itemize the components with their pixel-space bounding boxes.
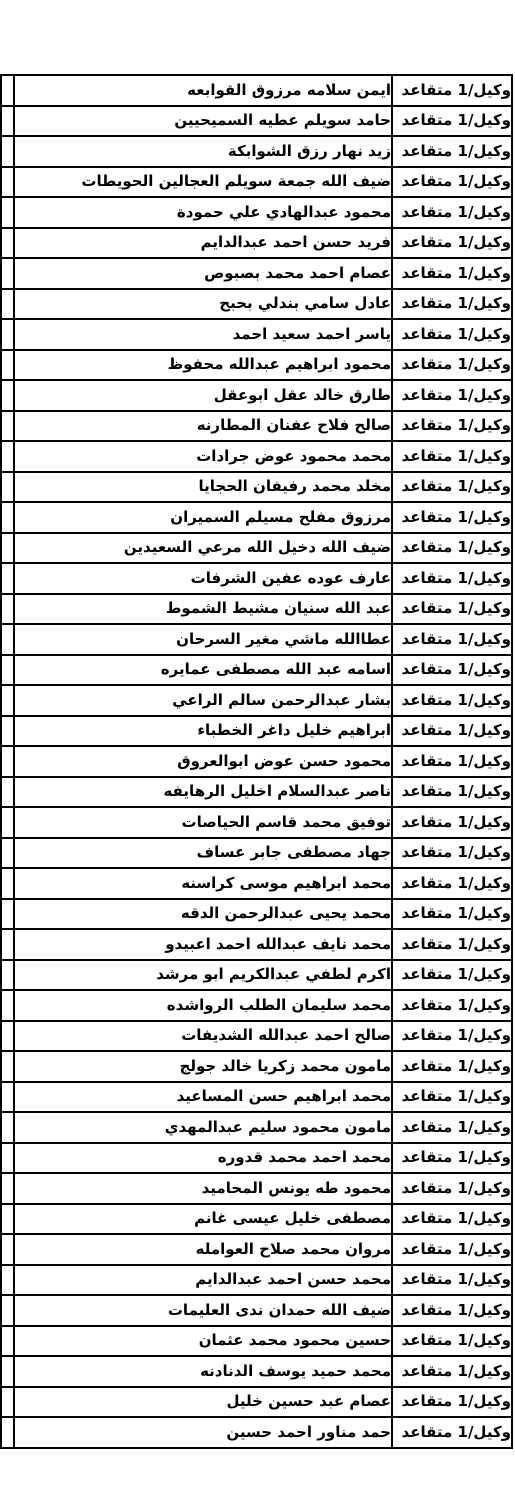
table-row: عادل سامي بندلي بحبح وكيل/1 متقاعد	[1, 289, 512, 320]
row-edge-cell	[1, 899, 14, 930]
row-edge-cell	[1, 563, 14, 594]
row-edge-cell	[1, 1204, 14, 1235]
rank-status-cell: وكيل/1 متقاعد	[392, 75, 512, 106]
rank-status-cell: وكيل/1 متقاعد	[392, 1387, 512, 1418]
rank-status-cell: وكيل/1 متقاعد	[392, 746, 512, 777]
table-row: محمود عبدالهادي علي حمودة وكيل/1 متقاعد	[1, 197, 512, 228]
row-edge-cell	[1, 1051, 14, 1082]
row-edge-cell	[1, 197, 14, 228]
table-row: ابراهيم خليل داغر الخطباء وكيل/1 متقاعد	[1, 716, 512, 747]
table-row: مامون محمود سليم عبدالمهدي وكيل/1 متقاعد	[1, 1112, 512, 1143]
retiree-name-cell: ضيف الله جمعة سويلم العجالين الحويطات	[14, 167, 392, 198]
retiree-name-cell: حامد سويلم عطيه السميحيين	[14, 106, 392, 137]
retiree-name-cell: محمد ابراهيم موسى كراسنه	[14, 868, 392, 899]
table-row: ضيف الله دخيل الله مرعي السعيدين وكيل/1 …	[1, 533, 512, 564]
retiree-name-cell: ياسر احمد سعيد احمد	[14, 319, 392, 350]
retiree-name-cell: محمد احمد محمد قدوره	[14, 1143, 392, 1174]
rank-status-cell: وكيل/1 متقاعد	[392, 502, 512, 533]
retiree-name-cell: ضيف الله دخيل الله مرعي السعيدين	[14, 533, 392, 564]
table-row: مرزوق مفلح مسيلم السميران وكيل/1 متقاعد	[1, 502, 512, 533]
retiree-name-cell: محمد ابراهيم حسن المساعيد	[14, 1082, 392, 1113]
retiree-name-cell: محمد محمود عوض جرادات	[14, 441, 392, 472]
rank-status-cell: وكيل/1 متقاعد	[392, 655, 512, 686]
table-row: صالح احمد عبدالله الشديفات وكيل/1 متقاعد	[1, 1021, 512, 1052]
table-row: محمود حسن عوض ابوالعروق وكيل/1 متقاعد	[1, 746, 512, 777]
rank-status-cell: وكيل/1 متقاعد	[392, 197, 512, 228]
row-edge-cell	[1, 136, 14, 167]
rank-status-cell: وكيل/1 متقاعد	[392, 1417, 512, 1448]
retiree-name-cell: ابراهيم خليل داغر الخطباء	[14, 716, 392, 747]
row-edge-cell	[1, 502, 14, 533]
row-edge-cell	[1, 1234, 14, 1265]
table-body: ايمن سلامه مرزوق القوابعه وكيل/1 متقاعد …	[1, 75, 512, 1448]
rank-status-cell: وكيل/1 متقاعد	[392, 1021, 512, 1052]
table-row: صالح فلاح عفنان المطارنه وكيل/1 متقاعد	[1, 411, 512, 442]
retiree-name-cell: حسين محمود محمد عثمان	[14, 1326, 392, 1357]
table-row: مامون محمد زكريا خالد جولج وكيل/1 متقاعد	[1, 1051, 512, 1082]
table-row: اكرم لطفي عبدالكريم ابو مرشد وكيل/1 متقا…	[1, 960, 512, 991]
retiree-name-cell: محمد سليمان الطلب الرواشده	[14, 990, 392, 1021]
table-row: محمد محمود عوض جرادات وكيل/1 متقاعد	[1, 441, 512, 472]
rank-status-cell: وكيل/1 متقاعد	[392, 929, 512, 960]
table-row: محمد احمد محمد قدوره وكيل/1 متقاعد	[1, 1143, 512, 1174]
row-edge-cell	[1, 319, 14, 350]
row-edge-cell	[1, 1387, 14, 1418]
rank-status-cell: وكيل/1 متقاعد	[392, 1326, 512, 1357]
rank-status-cell: وكيل/1 متقاعد	[392, 624, 512, 655]
rank-status-cell: وكيل/1 متقاعد	[392, 1356, 512, 1387]
retiree-name-cell: عصام احمد محمد بصبوص	[14, 258, 392, 289]
rank-status-cell: وكيل/1 متقاعد	[392, 106, 512, 137]
rank-status-cell: وكيل/1 متقاعد	[392, 1143, 512, 1174]
retiree-name-cell: ضيف الله حمدان ندى العليمات	[14, 1295, 392, 1326]
rank-status-cell: وكيل/1 متقاعد	[392, 441, 512, 472]
row-edge-cell	[1, 594, 14, 625]
row-edge-cell	[1, 685, 14, 716]
retiree-name-cell: محمود طه يونس المحاميد	[14, 1173, 392, 1204]
row-edge-cell	[1, 441, 14, 472]
retiree-name-cell: حمد مناور احمد حسين	[14, 1417, 392, 1448]
table-row: حمد مناور احمد حسين وكيل/1 متقاعد	[1, 1417, 512, 1448]
rank-status-cell: وكيل/1 متقاعد	[392, 258, 512, 289]
row-edge-cell	[1, 990, 14, 1021]
retiree-name-cell: عطاالله ماشي مغير السرحان	[14, 624, 392, 655]
row-edge-cell	[1, 106, 14, 137]
rank-status-cell: وكيل/1 متقاعد	[392, 594, 512, 625]
retiree-name-cell: محمود حسن عوض ابوالعروق	[14, 746, 392, 777]
retirees-table: ايمن سلامه مرزوق القوابعه وكيل/1 متقاعد …	[0, 74, 513, 1449]
table-row: مخلد محمد رفيفان الحجايا وكيل/1 متقاعد	[1, 472, 512, 503]
row-edge-cell	[1, 1173, 14, 1204]
row-edge-cell	[1, 472, 14, 503]
retiree-name-cell: مروان محمد صلاح العوامله	[14, 1234, 392, 1265]
rank-status-cell: وكيل/1 متقاعد	[392, 1082, 512, 1113]
rank-status-cell: وكيل/1 متقاعد	[392, 533, 512, 564]
retiree-name-cell: ايمن سلامه مرزوق القوابعه	[14, 75, 392, 106]
row-edge-cell	[1, 1021, 14, 1052]
row-edge-cell	[1, 1112, 14, 1143]
rank-status-cell: وكيل/1 متقاعد	[392, 167, 512, 198]
retiree-name-cell: محمد حسن احمد عبدالدايم	[14, 1265, 392, 1296]
retiree-name-cell: مامون محمود سليم عبدالمهدي	[14, 1112, 392, 1143]
row-edge-cell	[1, 228, 14, 259]
table-row: عصام عبد حسين خليل وكيل/1 متقاعد	[1, 1387, 512, 1418]
table-row: محمد حميد يوسف الدنادنه وكيل/1 متقاعد	[1, 1356, 512, 1387]
retiree-name-cell: محمد حميد يوسف الدنادنه	[14, 1356, 392, 1387]
retiree-name-cell: اسامه عبد الله مصطفى عمايره	[14, 655, 392, 686]
retiree-name-cell: توفيق محمد قاسم الحياصات	[14, 807, 392, 838]
row-edge-cell	[1, 1356, 14, 1387]
table-row: حامد سويلم عطيه السميحيين وكيل/1 متقاعد	[1, 106, 512, 137]
rank-status-cell: وكيل/1 متقاعد	[392, 838, 512, 869]
rank-status-cell: وكيل/1 متقاعد	[392, 1051, 512, 1082]
row-edge-cell	[1, 75, 14, 106]
row-edge-cell	[1, 258, 14, 289]
retiree-name-cell: مخلد محمد رفيفان الحجايا	[14, 472, 392, 503]
retiree-name-cell: عبد الله سنيان مشيط الشموط	[14, 594, 392, 625]
table-row: مصطفى خليل عيسى غانم وكيل/1 متقاعد	[1, 1204, 512, 1235]
table-row: عصام احمد محمد بصبوص وكيل/1 متقاعد	[1, 258, 512, 289]
row-edge-cell	[1, 807, 14, 838]
row-edge-cell	[1, 868, 14, 899]
retiree-name-cell: طارق خالد عقل ابوعقل	[14, 380, 392, 411]
table-row: ضيف الله جمعة سويلم العجالين الحويطات وك…	[1, 167, 512, 198]
table-row: حسين محمود محمد عثمان وكيل/1 متقاعد	[1, 1326, 512, 1357]
table-row: ايمن سلامه مرزوق القوابعه وكيل/1 متقاعد	[1, 75, 512, 106]
retiree-name-cell: عارف عوده عفين الشرفات	[14, 563, 392, 594]
rank-status-cell: وكيل/1 متقاعد	[392, 289, 512, 320]
document-page: ايمن سلامه مرزوق القوابعه وكيل/1 متقاعد …	[0, 0, 515, 1492]
table-row: جهاد مصطفى جابر عساف وكيل/1 متقاعد	[1, 838, 512, 869]
row-edge-cell	[1, 1417, 14, 1448]
row-edge-cell	[1, 411, 14, 442]
retiree-name-cell: عادل سامي بندلي بحبح	[14, 289, 392, 320]
rank-status-cell: وكيل/1 متقاعد	[392, 319, 512, 350]
row-edge-cell	[1, 1265, 14, 1296]
row-edge-cell	[1, 929, 14, 960]
rank-status-cell: وكيل/1 متقاعد	[392, 868, 512, 899]
table-row: فريد حسن احمد عبدالدايم وكيل/1 متقاعد	[1, 228, 512, 259]
rank-status-cell: وكيل/1 متقاعد	[392, 1265, 512, 1296]
retiree-name-cell: مامون محمد زكريا خالد جولج	[14, 1051, 392, 1082]
retiree-name-cell: فريد حسن احمد عبدالدايم	[14, 228, 392, 259]
rank-status-cell: وكيل/1 متقاعد	[392, 1173, 512, 1204]
table-row: ضيف الله حمدان ندى العليمات وكيل/1 متقاع…	[1, 1295, 512, 1326]
table-row: زيد نهار رزق الشوابكة وكيل/1 متقاعد	[1, 136, 512, 167]
retiree-name-cell: زيد نهار رزق الشوابكة	[14, 136, 392, 167]
rank-status-cell: وكيل/1 متقاعد	[392, 563, 512, 594]
table-row: محمد يحيى عبدالرحمن الدقه وكيل/1 متقاعد	[1, 899, 512, 930]
rank-status-cell: وكيل/1 متقاعد	[392, 1234, 512, 1265]
retiree-name-cell: محمد نايف عبدالله احمد اعبيدو	[14, 929, 392, 960]
rank-status-cell: وكيل/1 متقاعد	[392, 472, 512, 503]
rank-status-cell: وكيل/1 متقاعد	[392, 1204, 512, 1235]
table-row: ياسر احمد سعيد احمد وكيل/1 متقاعد	[1, 319, 512, 350]
retiree-name-cell: اكرم لطفي عبدالكريم ابو مرشد	[14, 960, 392, 991]
table-row: اسامه عبد الله مصطفى عمايره وكيل/1 متقاع…	[1, 655, 512, 686]
retiree-name-cell: مرزوق مفلح مسيلم السميران	[14, 502, 392, 533]
retiree-name-cell: مصطفى خليل عيسى غانم	[14, 1204, 392, 1235]
row-edge-cell	[1, 167, 14, 198]
retiree-name-cell: محمد يحيى عبدالرحمن الدقه	[14, 899, 392, 930]
rank-status-cell: وكيل/1 متقاعد	[392, 1295, 512, 1326]
rank-status-cell: وكيل/1 متقاعد	[392, 136, 512, 167]
retiree-name-cell: محمود ابراهيم عبدالله محفوظ	[14, 350, 392, 381]
table-row: محمد نايف عبدالله احمد اعبيدو وكيل/1 متق…	[1, 929, 512, 960]
rank-status-cell: وكيل/1 متقاعد	[392, 411, 512, 442]
row-edge-cell	[1, 1082, 14, 1113]
rank-status-cell: وكيل/1 متقاعد	[392, 990, 512, 1021]
row-edge-cell	[1, 716, 14, 747]
table-row: عارف عوده عفين الشرفات وكيل/1 متقاعد	[1, 563, 512, 594]
row-edge-cell	[1, 350, 14, 381]
rank-status-cell: وكيل/1 متقاعد	[392, 228, 512, 259]
retiree-name-cell: ناصر عبدالسلام اخليل الرهايفه	[14, 777, 392, 808]
retiree-name-cell: عصام عبد حسين خليل	[14, 1387, 392, 1418]
row-edge-cell	[1, 838, 14, 869]
rank-status-cell: وكيل/1 متقاعد	[392, 350, 512, 381]
retiree-name-cell: محمود عبدالهادي علي حمودة	[14, 197, 392, 228]
row-edge-cell	[1, 1295, 14, 1326]
rank-status-cell: وكيل/1 متقاعد	[392, 777, 512, 808]
table-row: بشار عبدالرحمن سالم الراعي وكيل/1 متقاعد	[1, 685, 512, 716]
table-row: طارق خالد عقل ابوعقل وكيل/1 متقاعد	[1, 380, 512, 411]
retiree-name-cell: جهاد مصطفى جابر عساف	[14, 838, 392, 869]
retiree-name-cell: صالح احمد عبدالله الشديفات	[14, 1021, 392, 1052]
table-row: توفيق محمد قاسم الحياصات وكيل/1 متقاعد	[1, 807, 512, 838]
row-edge-cell	[1, 1326, 14, 1357]
rank-status-cell: وكيل/1 متقاعد	[392, 807, 512, 838]
rank-status-cell: وكيل/1 متقاعد	[392, 716, 512, 747]
rank-status-cell: وكيل/1 متقاعد	[392, 685, 512, 716]
row-edge-cell	[1, 960, 14, 991]
table-row: محمد سليمان الطلب الرواشده وكيل/1 متقاعد	[1, 990, 512, 1021]
table-row: محمد ابراهيم موسى كراسنه وكيل/1 متقاعد	[1, 868, 512, 899]
table-row: محمد حسن احمد عبدالدايم وكيل/1 متقاعد	[1, 1265, 512, 1296]
row-edge-cell	[1, 624, 14, 655]
table-row: ناصر عبدالسلام اخليل الرهايفه وكيل/1 متق…	[1, 777, 512, 808]
table-row: محمود ابراهيم عبدالله محفوظ وكيل/1 متقاع…	[1, 350, 512, 381]
row-edge-cell	[1, 380, 14, 411]
row-edge-cell	[1, 533, 14, 564]
row-edge-cell	[1, 746, 14, 777]
row-edge-cell	[1, 777, 14, 808]
row-edge-cell	[1, 289, 14, 320]
rank-status-cell: وكيل/1 متقاعد	[392, 380, 512, 411]
rank-status-cell: وكيل/1 متقاعد	[392, 960, 512, 991]
retiree-name-cell: صالح فلاح عفنان المطارنه	[14, 411, 392, 442]
rank-status-cell: وكيل/1 متقاعد	[392, 899, 512, 930]
table-row: محمد ابراهيم حسن المساعيد وكيل/1 متقاعد	[1, 1082, 512, 1113]
row-edge-cell	[1, 655, 14, 686]
table-row: عبد الله سنيان مشيط الشموط وكيل/1 متقاعد	[1, 594, 512, 625]
rank-status-cell: وكيل/1 متقاعد	[392, 1112, 512, 1143]
row-edge-cell	[1, 1143, 14, 1174]
table-row: محمود طه يونس المحاميد وكيل/1 متقاعد	[1, 1173, 512, 1204]
retiree-name-cell: بشار عبدالرحمن سالم الراعي	[14, 685, 392, 716]
table-row: عطاالله ماشي مغير السرحان وكيل/1 متقاعد	[1, 624, 512, 655]
table-row: مروان محمد صلاح العوامله وكيل/1 متقاعد	[1, 1234, 512, 1265]
